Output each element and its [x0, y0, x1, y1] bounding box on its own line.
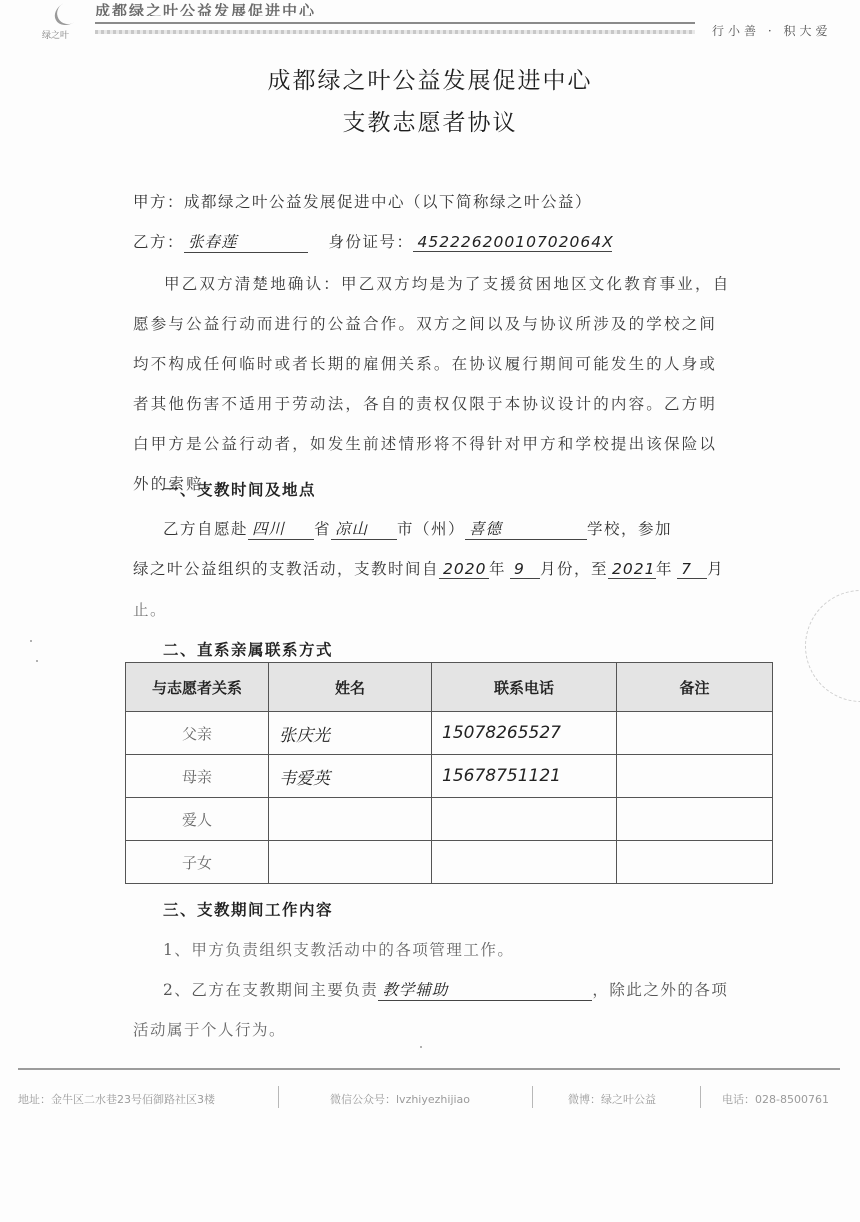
family-contact-table: 与志愿者关系 姓名 联系电话 备注 父亲 张庆光 15078265527 母亲 …: [125, 662, 773, 884]
note-cell[interactable]: [617, 798, 773, 841]
leaf-logo-icon: [50, 0, 86, 30]
org-logo: 绿之叶: [40, 2, 80, 42]
section3-text: ，除此之外的各项: [592, 981, 728, 999]
relation-cell: 父亲: [126, 712, 269, 755]
phone-cell[interactable]: [432, 798, 617, 841]
section3-item2-cont: 活动属于个人行为。: [133, 1018, 286, 1040]
note-cell[interactable]: [617, 712, 773, 755]
section1-text: 市（州）: [397, 520, 465, 538]
column-header-note: 备注: [617, 663, 773, 712]
footer-address: 地址：金牛区二水巷23号佰御路社区3楼: [18, 1091, 215, 1107]
table-header-row: 与志愿者关系 姓名 联系电话 备注: [126, 663, 773, 712]
footer-phone: 电话：028-8500761: [722, 1091, 829, 1107]
letterhead-org-name: 成都绿之叶公益发展促进中心: [95, 0, 316, 16]
name-cell[interactable]: [269, 798, 432, 841]
party-b-line: 乙方：张春莲 身份证号：45222620010702064X: [133, 230, 612, 253]
table-row: 父亲 张庆光 15078265527: [126, 712, 773, 755]
section1-text: 月: [707, 560, 724, 578]
responsibility-field[interactable]: 教学辅助: [378, 978, 592, 1001]
end-year-field[interactable]: 2021: [608, 560, 656, 579]
name-cell[interactable]: [269, 841, 432, 884]
note-cell[interactable]: [617, 755, 773, 798]
section3-item1: 1、甲方负责组织支教活动中的各项管理工作。: [163, 938, 514, 960]
section1-text: 乙方自愿赴: [163, 520, 248, 538]
footer-divider: [532, 1086, 533, 1108]
stamp-mark: [805, 590, 860, 702]
phone-cell[interactable]: [432, 841, 617, 884]
section3-heading: 三、支教期间工作内容: [163, 898, 333, 920]
scan-speckle: [420, 1046, 422, 1048]
start-year-field[interactable]: 2020: [439, 560, 489, 579]
province-field[interactable]: 四川: [248, 517, 314, 540]
letterhead-rule-dotted: [95, 30, 695, 34]
party-b-label: 乙方：: [133, 233, 184, 251]
scan-speckle: [36, 660, 38, 662]
name-cell[interactable]: 韦爱英: [269, 755, 432, 798]
party-a-value: 成都绿之叶公益发展促进中心（以下简称绿之叶公益）: [184, 193, 592, 211]
column-header-name: 姓名: [269, 663, 432, 712]
section1-end: 止。: [133, 598, 167, 620]
name-cell[interactable]: 张庆光: [269, 712, 432, 755]
relation-cell: 母亲: [126, 755, 269, 798]
party-b-name-field[interactable]: 张春莲: [184, 230, 308, 253]
party-a-line: 甲方：成都绿之叶公益发展促进中心（以下简称绿之叶公益）: [133, 190, 592, 212]
relation-cell: 爱人: [126, 798, 269, 841]
section1-text: 年: [489, 560, 506, 578]
section1-location-line: 乙方自愿赴四川省凉山市（州）喜德学校，参加: [163, 517, 672, 540]
table-row: 子女: [126, 841, 773, 884]
footer-divider: [700, 1086, 701, 1108]
relation-cell: 子女: [126, 841, 269, 884]
document-title-org: 成都绿之叶公益发展促进中心: [0, 62, 860, 95]
phone-cell[interactable]: 15678751121: [432, 755, 617, 798]
section1-text: 月份，至: [540, 560, 608, 578]
letterhead-slogan: 行小善 · 积大爱: [712, 22, 831, 39]
section1-heading: 一、支教时间及地点: [163, 478, 316, 500]
end-month-field[interactable]: 7: [677, 560, 707, 579]
section1-text: 学校，参加: [587, 520, 672, 538]
table-row: 母亲 韦爱英 15678751121: [126, 755, 773, 798]
document-page: 绿之叶 成都绿之叶公益发展促进中心 行小善 · 积大爱 成都绿之叶公益发展促进中…: [0, 0, 860, 1222]
intro-paragraph: 甲乙双方清楚地确认：甲乙双方均是为了支援贫困地区文化教育事业，自愿参与公益行动而…: [133, 264, 733, 504]
section2-heading: 二、直系亲属联系方式: [163, 638, 333, 660]
phone-cell[interactable]: 15078265527: [432, 712, 617, 755]
section1-text: 省: [314, 520, 331, 538]
note-cell[interactable]: [617, 841, 773, 884]
column-header-phone: 联系电话: [432, 663, 617, 712]
table-row: 爱人: [126, 798, 773, 841]
party-a-label: 甲方：: [133, 193, 184, 211]
section1-text: 年: [656, 560, 673, 578]
footer-wechat: 微信公众号：lvzhiyezhijiao: [330, 1091, 470, 1107]
id-number-label: 身份证号：: [328, 233, 413, 251]
logo-text: 绿之叶: [42, 28, 69, 41]
id-number-field[interactable]: 45222620010702064X: [413, 233, 612, 252]
footer-rule: [18, 1068, 840, 1070]
school-field[interactable]: 喜德: [465, 517, 587, 540]
section3-text: 2、乙方在支教期间主要负责: [163, 981, 378, 999]
footer-divider: [278, 1086, 279, 1108]
start-month-field[interactable]: 9: [510, 560, 540, 579]
column-header-relation: 与志愿者关系: [126, 663, 269, 712]
section1-text: 绿之叶公益组织的支教活动，支教时间自: [133, 560, 439, 578]
document-title: 支教志愿者协议: [0, 104, 860, 137]
city-field[interactable]: 凉山: [331, 517, 397, 540]
footer-weibo: 微博：绿之叶公益: [568, 1091, 656, 1107]
letterhead-rule: [95, 22, 695, 24]
section3-item2: 2、乙方在支教期间主要负责教学辅助，除此之外的各项: [163, 978, 728, 1001]
section1-date-line: 绿之叶公益组织的支教活动，支教时间自2020年9月份，至2021年7月: [133, 557, 724, 579]
scan-speckle: [30, 640, 32, 642]
